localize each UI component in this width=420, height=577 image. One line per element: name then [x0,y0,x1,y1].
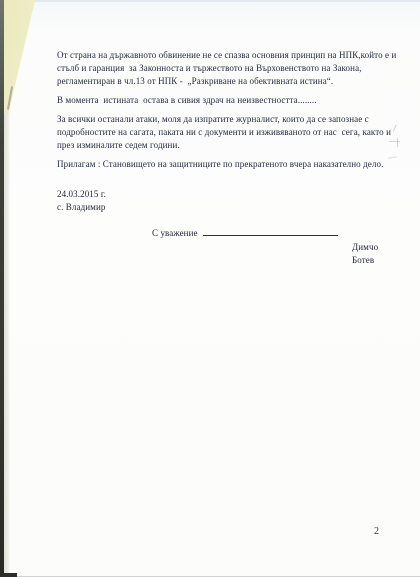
paragraph-attachment: Прилагам : Становището на защитниците по… [57,158,399,171]
scanned-page: От страна на държавното обвинение не се … [0,0,420,577]
closing-block: С уважение Димчо Ботев [57,226,399,267]
salutation-text: С уважение [152,228,198,238]
paragraph-journalist-request: За всички останали атаки, моля да изпрат… [57,113,399,152]
scan-bottom-left-shadow [0,573,17,577]
paragraph-prosecution-accusation: От страна на държавното обвинение не се … [57,49,399,88]
paragraph-truth-unknown: В момента истината остава в сивия здрач … [57,94,399,107]
place-line: с. Владимир [57,201,399,214]
page-number: 2 [374,526,379,537]
date-line: 24.03.2015 г. [57,188,399,201]
scan-top-edge [0,0,420,2]
signatory-name: Димчо Ботев [352,241,399,267]
letter-body: От страна на държавното обвинение не се … [57,49,399,267]
signature-line [203,226,338,236]
date-place-block: 24.03.2015 г. с. Владимир [57,188,399,214]
